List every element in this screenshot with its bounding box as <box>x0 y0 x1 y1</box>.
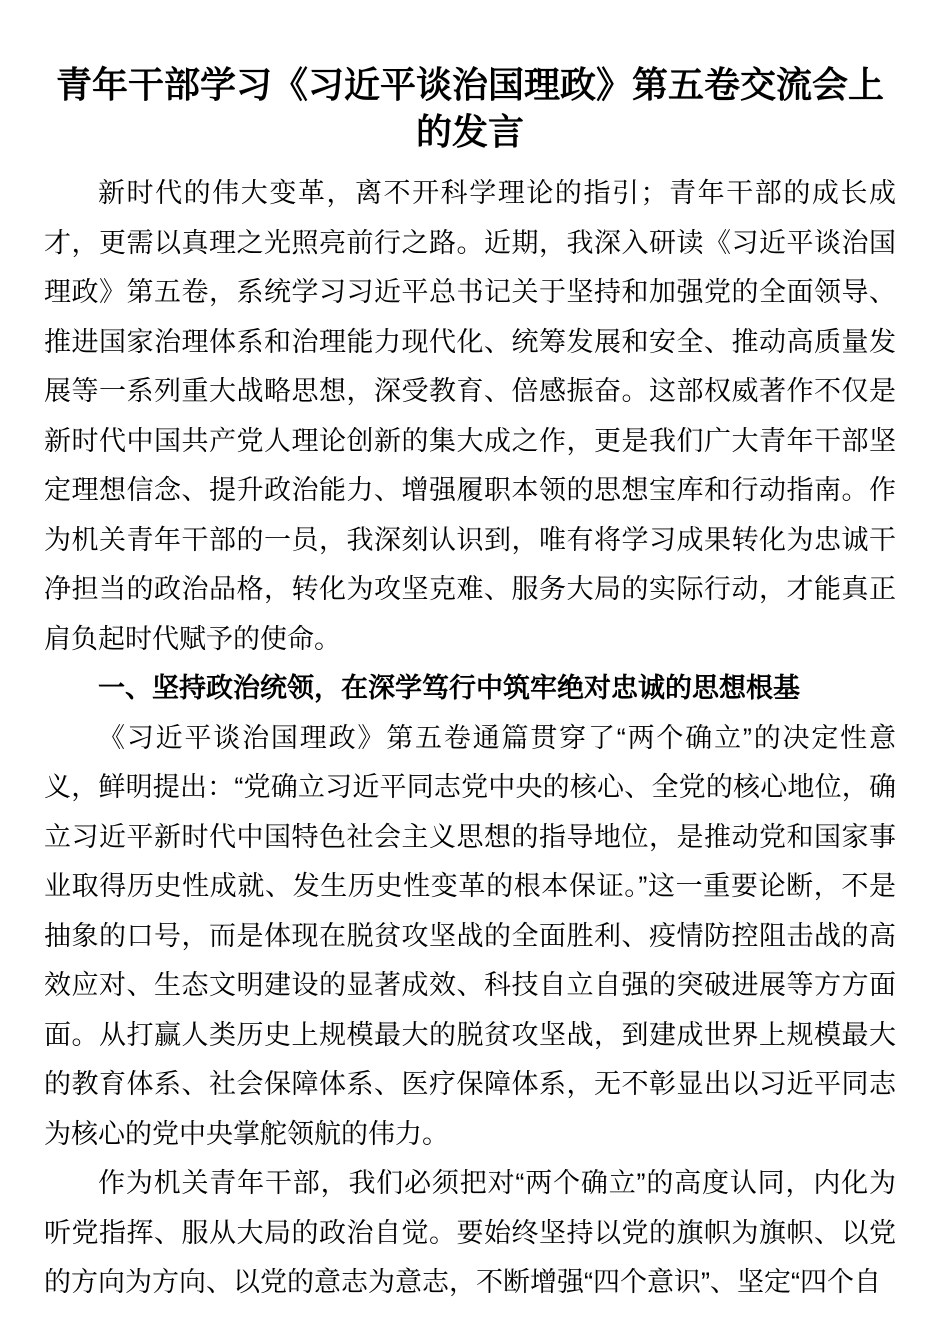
intro-paragraph: 新时代的伟大变革，离不开科学理论的指引；青年干部的成长成才，更需以真理之光照亮前… <box>44 169 896 664</box>
section-1-paragraph-1: 《习近平谈治国理政》第五卷通篇贯穿了“两个确立”的决定性意义，鲜明提出：“党确立… <box>44 714 896 1160</box>
section-1-paragraph-2: 作为机关青年干部，我们必须把对“两个确立”的高度认同，内化为听党指挥、服从大局的… <box>44 1159 896 1308</box>
document-page: 青年干部学习《习近平谈治国理政》第五卷交流会上的发言 新时代的伟大变革，离不开科… <box>0 0 950 1344</box>
document-title: 青年干部学习《习近平谈治国理政》第五卷交流会上的发言 <box>44 61 896 155</box>
section-heading-1: 一、坚持政治统领，在深学笃行中筑牢绝对忠诚的思想根基 <box>44 664 896 714</box>
